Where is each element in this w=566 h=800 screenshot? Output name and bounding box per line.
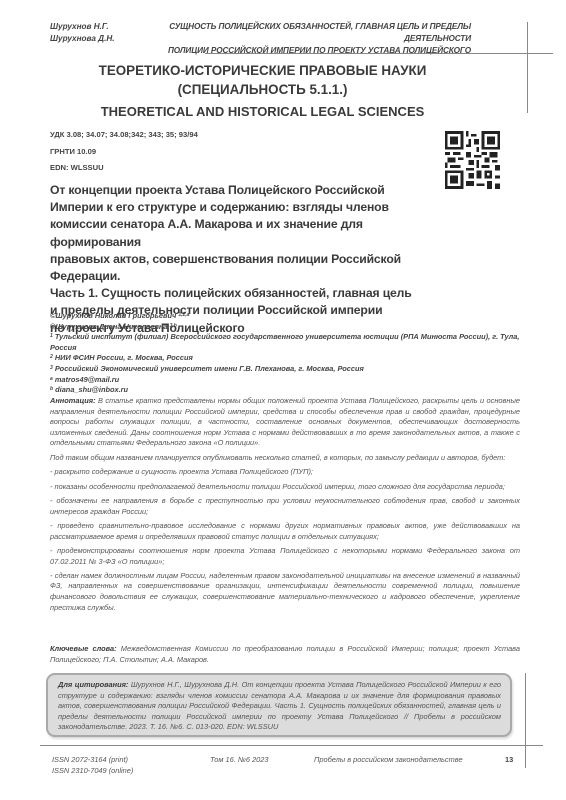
running-header-title-line: СУЩНОСТЬ ПОЛИЦЕЙСКИХ ОБЯЗАННОСТЕЙ, ГЛАВН… (110, 21, 471, 45)
affiliation: 1 Тульский институт (филиал) Всероссийск… (50, 332, 520, 353)
keywords-text: Межведомственная Комиссии по преобразова… (50, 644, 520, 664)
keywords-block: Ключевые слова: Межведомственная Комисси… (50, 644, 520, 665)
section-heading-ru: ТЕОРЕТИКО-ИСТОРИЧЕСКИЕ ПРАВОВЫЕ НАУКИ (С… (50, 61, 475, 99)
section-heading-ru-line: ТЕОРЕТИКО-ИСТОРИЧЕСКИЕ ПРАВОВЫЕ НАУКИ (50, 61, 475, 80)
issn-print: ISSN 2072-3164 (print) (52, 754, 133, 765)
footer-horizontal-rule (40, 745, 543, 746)
affiliation: 2 НИИ ФСИН России, г. Москва, Россия (50, 353, 520, 364)
article-title-line: Империи к его структуре и содержанию: вз… (50, 199, 450, 216)
abstract-paragraph: Аннотация: В статье кратко представлены … (50, 396, 520, 449)
article-title-line: Часть 1. Сущность полицейских обязанност… (50, 285, 450, 302)
abstract-list-item: - показаны особенности предполагаемой де… (50, 482, 520, 493)
author-email[interactable]: b diana_shu@inbox.ru (50, 385, 520, 396)
abstract-list-item: - обозначены ее направления в борьбе с п… (50, 496, 520, 517)
header-horizontal-rule (205, 53, 553, 54)
edn-code: EDN: WLSSUU (50, 163, 104, 173)
grnti-code: ГРНТИ 10.09 (50, 147, 96, 157)
article-title-line: От концепции проекта Устава Полицейского… (50, 182, 450, 199)
abstract-block: Аннотация: В статье кратко представлены … (50, 396, 520, 617)
page-number: 13 (505, 754, 513, 765)
abstract-list-item: - сделан намек должностным лицам России,… (50, 571, 520, 613)
footer-vertical-rule (525, 673, 526, 768)
footer-journal: Пробелы в российском законодательстве (314, 754, 463, 765)
header-vertical-rule (527, 22, 528, 113)
running-header-author: Шурухнов Н.Г. (50, 21, 115, 33)
article-title-line: комиссии сенатора А.А. Макарова и их зна… (50, 216, 450, 250)
author-block: ©Шурухнов Николай Григорьевич 1,2,a ©Шур… (50, 311, 520, 396)
running-header-title: СУЩНОСТЬ ПОЛИЦЕЙСКИХ ОБЯЗАННОСТЕЙ, ГЛАВН… (110, 21, 471, 57)
running-header-authors: Шурухнов Н.Г. Шурухнова Д.Н. (50, 21, 115, 45)
abstract-list-item: - раскрыто содержание и сущность проекта… (50, 467, 520, 478)
issn-online: ISSN 2310-7049 (online) (52, 765, 133, 776)
abstract-intro: Под таким общим названием планируется оп… (50, 453, 520, 464)
author-email[interactable]: a matros49@mail.ru (50, 375, 520, 386)
running-header-title-line: ПОЛИЦИИ РОССИЙСКОЙ ИМПЕРИИ ПО ПРОЕКТУ УС… (110, 45, 471, 57)
section-heading-en: THEORETICAL AND HISTORICAL LEGAL SCIENCE… (50, 103, 475, 121)
footer-volume: Том 16. №6 2023 (210, 754, 268, 765)
article-title-line: правовых актов, совершенствования полици… (50, 251, 450, 285)
abstract-list-item: - продемонстрированы соотношения норм пр… (50, 546, 520, 567)
running-header-author: Шурухнова Д.Н. (50, 33, 115, 45)
affiliation: 3 Российский Экономический университет и… (50, 364, 520, 375)
udk-code: УДК 3.08; 34.07; 34.08;342; 343; 35; 93/… (50, 130, 198, 140)
abstract-list-item: - проведено сравнительно-правовое исслед… (50, 521, 520, 542)
section-heading-ru-line: (СПЕЦИАЛЬНОСТЬ 5.1.1.) (50, 80, 475, 99)
author-name: ©Шурухнов Николай Григорьевич 1,2,a (50, 311, 520, 322)
keywords-label: Ключевые слова: (50, 644, 117, 653)
abstract-label: Аннотация: (50, 396, 96, 405)
citation-box: Для цитирования: Шурухнов Н.Г., Шурухнов… (46, 673, 512, 737)
citation-label: Для цитирования: (58, 680, 128, 689)
author-name: ©Шурухнова Диана Николаевна 3,b (50, 322, 520, 333)
qr-code-icon[interactable] (445, 131, 500, 189)
footer-issn: ISSN 2072-3164 (print) ISSN 2310-7049 (o… (52, 754, 133, 776)
